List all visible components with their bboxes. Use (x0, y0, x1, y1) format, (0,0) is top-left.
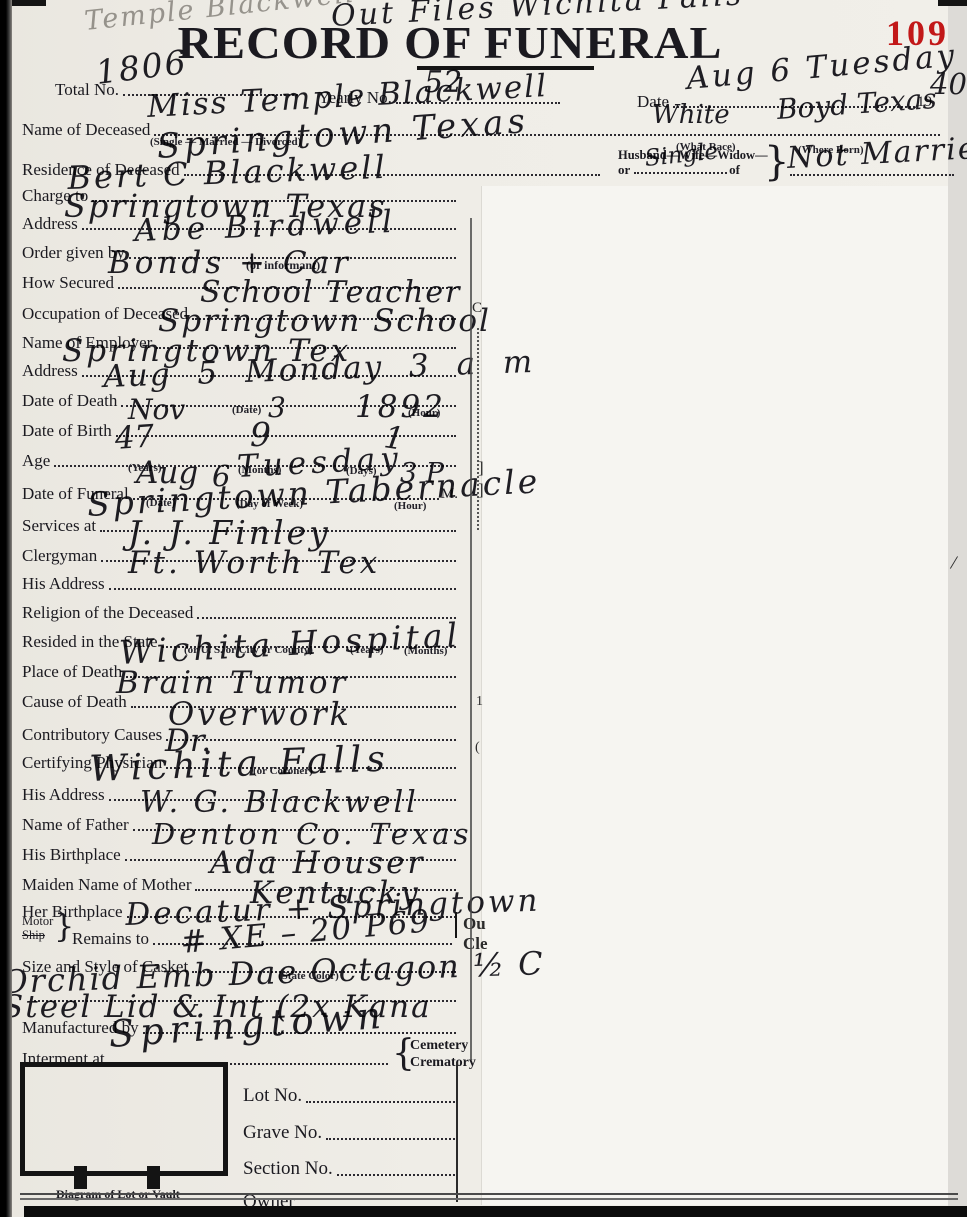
remains-motor-label: Motor (22, 914, 53, 928)
interment-option-crematory: Crematory (410, 1055, 476, 1071)
field-lot-no-label: Lot No. (243, 1086, 302, 1107)
interment-option-cemetery: Cemetery (410, 1038, 468, 1054)
edge-fragment: C (472, 300, 482, 317)
field-name-label: Name of Deceased (22, 121, 150, 140)
field-clergyman-label: Clergyman (22, 547, 97, 566)
dotted-line (116, 435, 456, 437)
column-rule-upper (470, 218, 472, 1060)
left-spine-shadow (0, 0, 12, 1217)
field-contributory-label: Contributory Causes (22, 726, 162, 745)
dotted-line (326, 1138, 455, 1140)
status-or-label: or (618, 163, 630, 178)
handwritten-age-months: 9 (250, 418, 271, 451)
handwritten-total-no: 1806 (94, 45, 189, 89)
handwritten-not-married: Not Married (786, 133, 967, 174)
dotted-line (109, 588, 456, 590)
scanned-funeral-record-page: RECORD OF FUNERAL 109 Temple Blackwell O… (0, 0, 967, 1217)
field-remains-to-label: Remains to (72, 930, 149, 949)
field-religion-label: Religion of the Deceased (22, 604, 193, 623)
edge-fragment: ( (475, 740, 480, 756)
field-father-birthplace-label: His Birthplace (22, 846, 121, 865)
edge-fragment: ] (478, 458, 484, 478)
column-tick (455, 912, 457, 938)
status-of-label: of (729, 163, 740, 178)
column-rule-lower (456, 1062, 458, 1202)
remains-ship-label: Ship (22, 928, 45, 942)
edge-fragment: ] (478, 480, 484, 500)
dotted-line (306, 1101, 455, 1103)
dotted-line (337, 1174, 455, 1176)
field-section-no: Section No. (243, 1156, 457, 1180)
handwritten-age-years: 47 (114, 421, 156, 455)
field-section-no-label: Section No. (243, 1159, 333, 1180)
lot-diagram-leg-right (147, 1166, 160, 1189)
right-page-edge (948, 0, 967, 1217)
blank-right-panel (481, 186, 948, 1205)
field-clergyman-address-label: His Address (22, 575, 105, 594)
handwritten-race: White (652, 102, 730, 128)
field-grave-no-label: Grave No. (243, 1123, 322, 1144)
dotted-line (634, 172, 727, 174)
lot-diagram-box (20, 1062, 228, 1176)
bottom-double-rule-top (20, 1193, 958, 1195)
handwritten-clergyman-address: Ft. Worth Tex (128, 548, 380, 579)
top-right-edge-shadow (938, 0, 967, 6)
field-date-of-birth-label: Date of Birth (22, 422, 112, 441)
field-age-label: Age (22, 452, 50, 471)
bottom-double-rule-bottom (20, 1198, 958, 1200)
handwritten-physician-address: Wichita Falls (89, 742, 391, 788)
field-lot-no: Lot No. (243, 1083, 457, 1107)
edge-fragment: 1 (476, 694, 483, 710)
handwritten-father: W. G. Blackwell (140, 788, 419, 818)
field-date-of-death-label: Date of Death (22, 392, 117, 411)
field-cause-of-death-label: Cause of Death (22, 693, 127, 712)
field-father-label: Name of Father (22, 816, 129, 835)
next-page-edge-bar (24, 1206, 967, 1217)
cut-text-outside-case: Ou (463, 914, 486, 934)
field-grave-no: Grave No. (243, 1120, 457, 1144)
field-mother-label: Maiden Name of Mother (22, 876, 191, 895)
handwritten-order-given-by: Abe Birdwell (134, 207, 397, 247)
field-place-of-death-label: Place of Death (22, 663, 122, 682)
lot-diagram-leg-left (74, 1166, 87, 1189)
field-how-secured-label: How Secured (22, 274, 114, 293)
field-services-at-label: Services at (22, 517, 96, 536)
handwritten-birth-year: 1892 (355, 392, 446, 423)
